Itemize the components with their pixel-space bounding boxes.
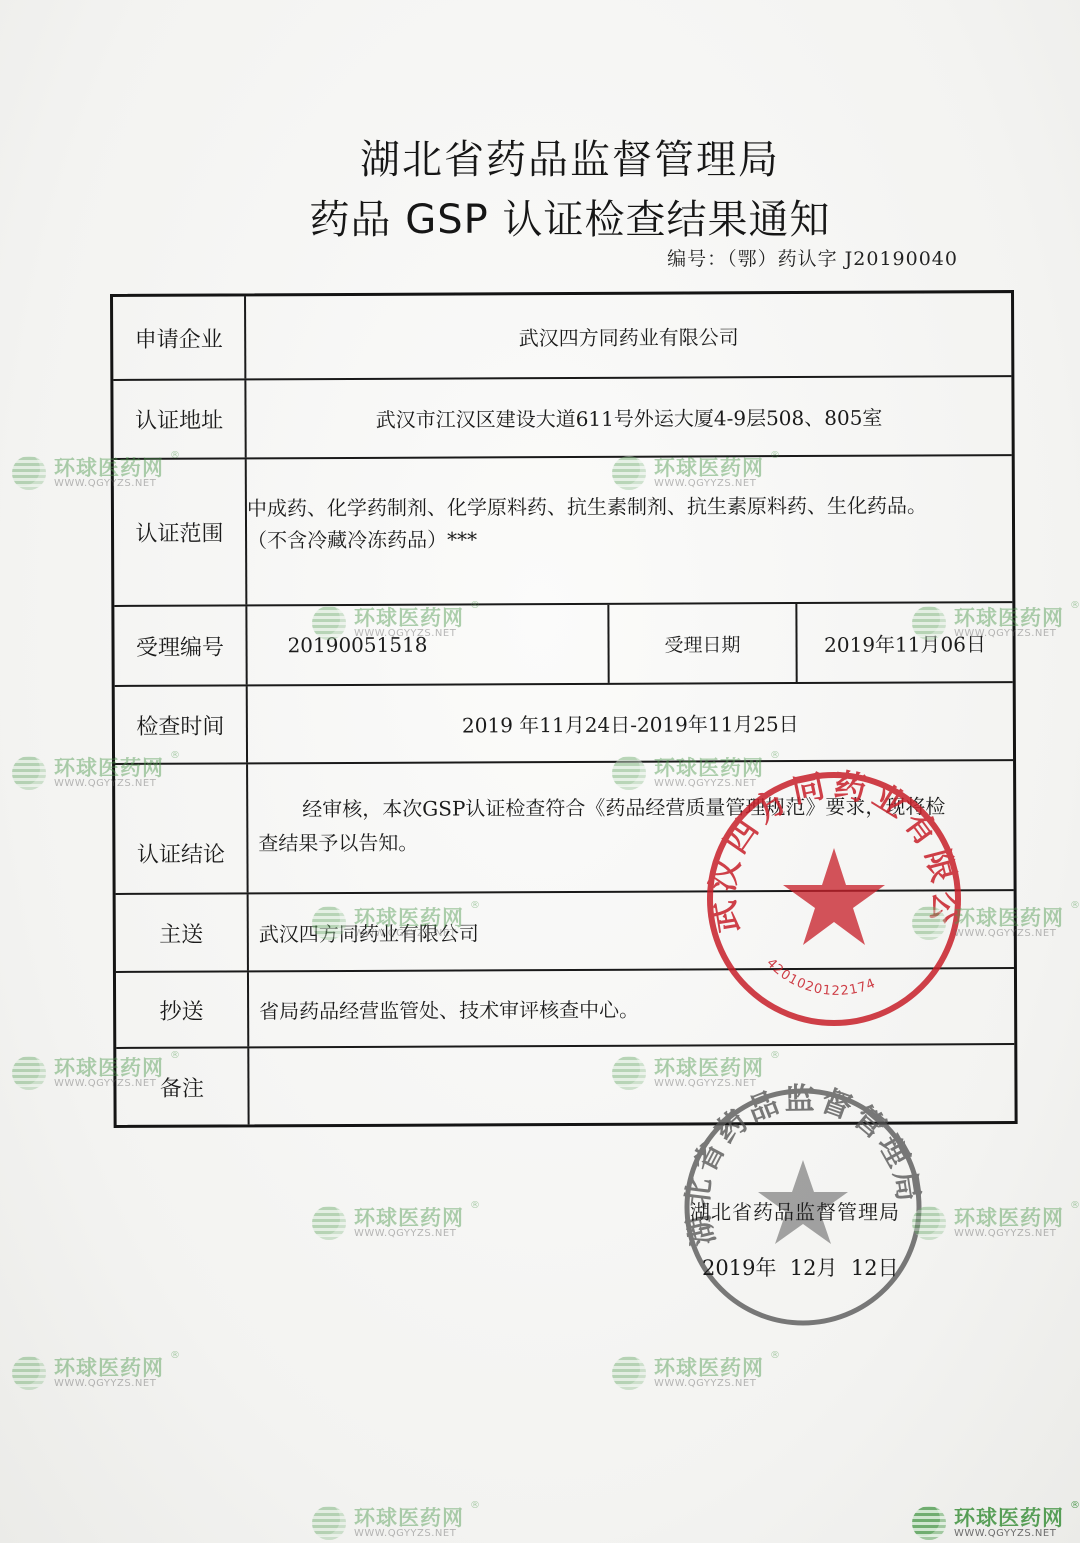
value-acceptance-number: 20190051518 [247,605,609,685]
watermark-url: WWW.QGYYZS.NET [354,1228,456,1239]
globe-icon [912,1206,946,1240]
value-conclusion: 经审核，本次GSP认证检查符合《药品经营质量管理规范》要求，现将检 查结果予以告… [248,761,1014,892]
document-number: 编号：（鄂）药认字 J20190040 [667,244,958,271]
row-scope: 认证范围 中成药、化学药制剂、化学原料药、抗生素制剂、抗生素原料药、生化药品。 … [114,454,1013,605]
value-address: 武汉市江汉区建设大道611号外运大厦4-9层508、805室 [246,377,1011,457]
watermark-brand: 环球医药网 [354,1502,464,1532]
registered-mark: ® [1070,600,1080,611]
document-page: 湖北省药品监督管理局 药品 GSP 认证检查结果通知 编号：（鄂）药认字 J20… [0,0,1080,1543]
value-cc: 省局药品经营监管处、技术审评核查中心。 [249,969,1014,1046]
watermark-url: WWW.QGYYZS.NET [954,1228,1056,1239]
value-scope: 中成药、化学药制剂、化学原料药、抗生素制剂、抗生素原料药、生化药品。 （不含冷藏… [247,456,1013,604]
value-applicant: 武汉四方同药业有限公司 [246,293,1011,378]
value-main-recipient: 武汉四方同药业有限公司 [249,891,1014,970]
registered-mark: ® [470,1200,480,1211]
globe-icon [12,756,46,790]
conclusion-line-2: 查结果予以告知。 [258,823,1013,860]
issue-date: 2019年 12月 12日 [702,1252,899,1282]
row-main-recipient: 主送 武汉四方同药业有限公司 [116,889,1014,971]
value-inspection-time: 2019 年11月24日-2019年11月25日 [248,683,1013,762]
row-acceptance: 受理编号 20190051518 受理日期 2019年11月06日 [114,601,1012,685]
label-acceptance-number: 受理编号 [114,606,247,685]
watermark-logo: 环球医药网®WWW.QGYYZS.NET [612,1352,792,1396]
watermark-logo: 环球医药网®WWW.QGYYZS.NET [12,1352,192,1396]
notice-title: 药品 GSP 认证检查结果通知 [30,188,1080,245]
scope-line-2: （不含冷藏冷冻药品）*** [247,521,1012,556]
watermark-brand: 环球医药网 [654,1352,764,1382]
watermark-brand: 环球医药网 [954,1502,1064,1532]
registered-mark: ® [770,1350,780,1361]
globe-icon [12,1356,46,1390]
conclusion-line-1: 经审核，本次GSP认证检查符合《药品经营质量管理规范》要求，现将检 [258,789,1013,826]
row-inspection-time: 检查时间 2019 年11月24日-2019年11月25日 [115,681,1013,763]
watermark-logo: 环球医药网®WWW.QGYYZS.NET [312,1502,492,1543]
watermark-url: WWW.QGYYZS.NET [954,1528,1056,1539]
globe-icon [312,1206,346,1240]
label-inspection-time: 检查时间 [115,686,248,763]
watermark-url: WWW.QGYYZS.NET [54,1378,156,1389]
registered-mark: ® [1070,1200,1080,1211]
globe-icon [912,1506,946,1540]
watermark-logo: 环球医药网®WWW.QGYYZS.NET [912,1202,1080,1246]
value-acceptance-date: 2019年11月06日 [797,603,1012,682]
row-cc: 抄送 省局药品经营监管处、技术审评核查中心。 [116,967,1014,1047]
watermark-brand: 环球医药网 [954,1202,1064,1232]
issuing-authority-title: 湖北省药品监督管理局 [30,128,1080,185]
issuer-signature: 湖北省药品监督管理局 [690,1196,900,1225]
globe-icon [12,456,46,490]
watermark-logo: 环球医药网®WWW.QGYYZS.NET [912,1502,1080,1543]
label-scope: 认证范围 [114,459,248,605]
watermark-url: WWW.QGYYZS.NET [354,1528,456,1539]
value-remarks [249,1045,1014,1124]
globe-icon [312,1506,346,1540]
label-cc: 抄送 [116,972,249,1047]
watermark-logo: 环球医药网®WWW.QGYYZS.NET [312,1202,492,1246]
label-acceptance-date: 受理日期 [609,604,797,683]
globe-icon [612,1356,646,1390]
scope-line-1: 中成药、化学药制剂、化学原料药、抗生素制剂、抗生素原料药、生化药品。 [247,489,1012,524]
registered-mark: ® [170,1350,180,1361]
watermark-brand: 环球医药网 [354,1202,464,1232]
registered-mark: ® [1070,900,1080,911]
watermark-url: WWW.QGYYZS.NET [654,1378,756,1389]
label-applicant: 申请企业 [113,296,246,379]
row-conclusion: 认证结论 经审核，本次GSP认证检查符合《药品经营质量管理规范》要求，现将检 查… [115,759,1014,893]
row-remarks: 备注 [116,1043,1014,1125]
row-address: 认证地址 武汉市江汉区建设大道611号外运大厦4-9层508、805室 [113,375,1011,458]
watermark-brand: 环球医药网 [54,1352,164,1382]
certification-table: 申请企业 武汉四方同药业有限公司 认证地址 武汉市江汉区建设大道611号外运大厦… [110,290,1018,1128]
label-conclusion: 认证结论 [115,764,249,893]
row-applicant: 申请企业 武汉四方同药业有限公司 [113,293,1011,379]
registered-mark: ® [470,1500,480,1511]
registered-mark: ® [1070,1500,1080,1511]
globe-icon [12,1056,46,1090]
label-main-recipient: 主送 [116,894,249,971]
label-remarks: 备注 [116,1048,249,1125]
label-address: 认证地址 [113,380,246,458]
